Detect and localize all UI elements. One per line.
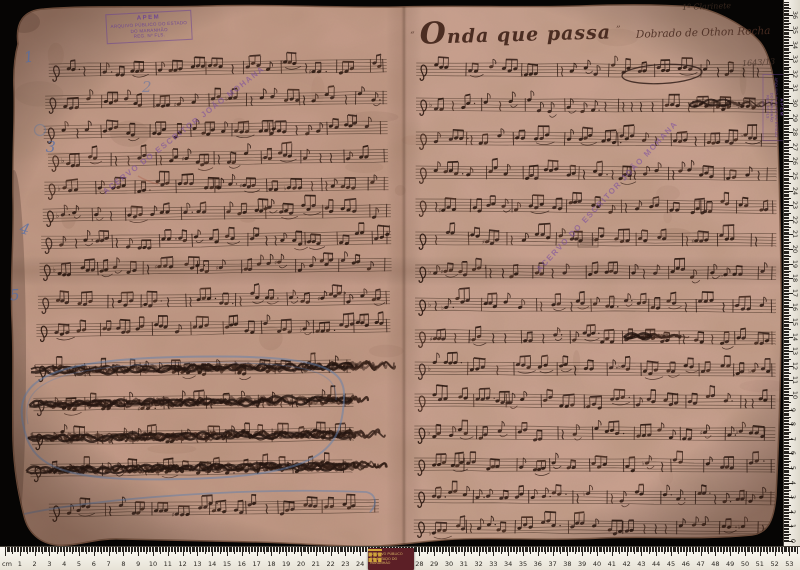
ruler-tick [784, 137, 789, 138]
ruler-tick [784, 404, 789, 405]
ruler-tick [784, 72, 789, 73]
ruler-tick [784, 294, 789, 295]
ruler-tick [784, 23, 791, 24]
ruler-tick [784, 157, 789, 158]
margin-number: 5 [9, 286, 20, 305]
cm-number: 13 [193, 560, 201, 568]
ruler-tick [784, 487, 789, 488]
ruler-tick [784, 102, 789, 103]
ruler-tick [784, 160, 789, 161]
ruler-tick [784, 214, 789, 215]
ruler-tick [784, 140, 791, 141]
ruler-tick [784, 475, 791, 476]
ruler-tick [784, 398, 789, 399]
ruler-tick [784, 43, 789, 44]
ruler-tick [784, 516, 789, 517]
ruler-tick [784, 538, 789, 539]
ruler-tick [784, 421, 789, 422]
ruler-tick [784, 33, 789, 34]
ruler-tick [784, 455, 789, 456]
ruler-tick [784, 414, 789, 415]
ruler-tick [784, 232, 789, 233]
ruler-tick [784, 11, 789, 12]
ruler-tick [784, 382, 789, 383]
ruler-tick [784, 271, 791, 272]
ruler-tick [784, 503, 789, 504]
cm-number: 19 [282, 560, 290, 568]
cm-number: 36 [791, 11, 799, 19]
ruler-tick [784, 525, 789, 526]
ruler-tick [784, 496, 789, 497]
ruler-tick [784, 272, 789, 273]
ruler-tick [784, 275, 789, 276]
ruler-tick [784, 388, 791, 389]
ruler-tick [784, 123, 789, 124]
ruler-tick [784, 201, 789, 202]
ruler-tick [784, 189, 789, 190]
ruler-tick [784, 240, 789, 241]
ruler-tick [784, 427, 789, 428]
ruler-tick [784, 399, 789, 400]
cm-number: 9 [136, 560, 140, 568]
ruler-tick [784, 159, 789, 160]
cm-number: 16 [791, 303, 799, 311]
ruler-tick [784, 524, 789, 525]
ruler-tick [784, 389, 789, 390]
ruler-tick [784, 451, 789, 452]
ruler-tick [784, 135, 789, 136]
ruler-tick [784, 49, 789, 50]
ruler-tick [784, 426, 789, 427]
ruler-tick [784, 378, 789, 379]
ruler-tick [784, 56, 789, 57]
cm-number: 24 [791, 186, 799, 194]
cm-number: 30 [791, 99, 799, 107]
ruler-tick [784, 357, 789, 358]
ruler-tick [784, 64, 789, 65]
cm-number: 6 [789, 451, 797, 455]
ruler-tick [784, 186, 789, 187]
ruler-tick [784, 246, 789, 247]
ruler-tick [784, 267, 789, 268]
ruler-tick [784, 251, 789, 252]
ruler-tick [784, 484, 789, 485]
ruler-tick [784, 178, 789, 179]
cm-number: 3 [47, 560, 51, 568]
cm-number: 2 [33, 560, 37, 568]
ruler-tick [784, 106, 789, 107]
ruler-tick [784, 248, 789, 249]
cm-number: 29 [430, 560, 438, 568]
scanned-manuscript-photo: ♯♯♭♯♭♭♭♯♭♭♯♭♭♯♭♯♯♭♯♭♯♭♭♯♯♯♯♭♯♭♯♯♭♭♯♯♭♯♯♭… [0, 0, 800, 570]
ruler-tick [784, 334, 789, 335]
ruler-tick [784, 356, 789, 357]
margin-number: 2 [142, 78, 152, 96]
cm-number: 42 [622, 560, 630, 568]
ruler-tick [784, 364, 789, 365]
ruler-tick [784, 198, 791, 199]
ruler-tick [784, 131, 789, 132]
ruler-tick [784, 353, 789, 354]
ruler-tick [784, 258, 789, 259]
ruler-tick [784, 84, 789, 85]
ruler-tick [784, 115, 789, 116]
ruler-tick [784, 363, 789, 364]
ruler-tick [784, 36, 789, 37]
cm-number: 12 [178, 560, 186, 568]
cm-number: 20 [297, 560, 305, 568]
cm-number: 41 [608, 560, 616, 568]
cm-number: 13 [791, 347, 799, 355]
scan-vignette [0, 0, 800, 570]
ruler-tick [784, 472, 789, 473]
ruler-tick [784, 528, 789, 529]
ruler-tick [784, 109, 789, 110]
ruler-tick [784, 185, 789, 186]
ruler-tick [784, 166, 789, 167]
ruler-tick [784, 373, 791, 374]
ruler-tick [784, 361, 789, 362]
ruler-tick [784, 411, 789, 412]
ruler-tick [784, 112, 789, 113]
ruler-tick [784, 283, 789, 284]
ruler-tick [784, 369, 789, 370]
ruler-tick [784, 128, 789, 129]
ruler-tick [784, 52, 791, 53]
ruler-tick [784, 474, 789, 475]
ruler-tick [784, 134, 789, 135]
ruler-tick [784, 340, 789, 341]
cm-number: 8 [121, 560, 125, 568]
ruler-tick [784, 341, 789, 342]
ruler-tick [784, 318, 789, 319]
ruler-tick [784, 192, 789, 193]
ruler-tick [784, 462, 789, 463]
ruler-tick [784, 418, 789, 419]
ruler-tick [784, 386, 789, 387]
ruler-tick [784, 280, 789, 281]
ruler-tick [784, 502, 789, 503]
ruler-tick [784, 42, 789, 43]
ruler-tick [784, 105, 789, 106]
ruler-tick [784, 513, 789, 514]
ruler-tick [784, 17, 789, 18]
ruler-tick [784, 65, 789, 66]
ruler-tick [784, 376, 789, 377]
ruler-tick [784, 284, 789, 285]
ruler-tick [784, 245, 789, 246]
cm-number: 34 [504, 560, 512, 568]
ruler-tick [784, 50, 789, 51]
ruler-tick [784, 204, 789, 205]
ruler-tick [784, 445, 789, 446]
corner-annotation: 1º Clarinete [682, 1, 731, 12]
cm-number: 18 [267, 560, 275, 568]
ruler-tick [784, 515, 789, 516]
cm-number: 22 [326, 560, 334, 568]
ruler-tick [784, 338, 789, 339]
ruler-tick [784, 83, 789, 84]
title-suffix-mark: ” [616, 25, 621, 35]
ruler-tick [784, 265, 789, 266]
ruler-tick [784, 354, 789, 355]
ruler-tick [784, 40, 789, 41]
cm-number: 38 [563, 560, 571, 568]
ruler-tick [784, 405, 789, 406]
cm-number: 33 [791, 55, 799, 63]
cm-number: 1 [789, 524, 797, 528]
ruler-tick [784, 407, 789, 408]
ruler-tick [784, 4, 789, 5]
ruler-tick [784, 446, 791, 447]
ruler-tick [784, 348, 789, 349]
ruler-tick [784, 121, 789, 122]
cm-number: 3 [789, 495, 797, 499]
ruler-tick [784, 529, 789, 530]
ruler-tick [784, 342, 789, 343]
ruler-tick [784, 324, 789, 325]
ruler-tick [784, 367, 789, 368]
ruler-tick [784, 113, 789, 114]
ruler-tick [784, 274, 789, 275]
ruler-tick [784, 452, 789, 453]
cm-number: 36 [534, 560, 542, 568]
ruler-tick [784, 32, 789, 33]
ruler-tick [784, 71, 789, 72]
cm-number: 28 [415, 560, 423, 568]
ruler-tick [784, 345, 789, 346]
ruler-tick [784, 303, 789, 304]
ruler-tick [784, 221, 789, 222]
ruler-tick [784, 302, 789, 303]
ruler-tick [784, 138, 789, 139]
ruler-tick [784, 141, 789, 142]
cm-number: 5 [789, 466, 797, 470]
ruler-tick [784, 39, 789, 40]
stamp-line: ARQUIVO PÚBLICO DO ESTADO [774, 77, 778, 138]
cm-number: 47 [696, 560, 704, 568]
ruler-tick [784, 62, 789, 63]
ruler-tick [784, 413, 789, 414]
ruler-tick [784, 509, 789, 510]
ruler-tick [784, 402, 791, 403]
ruler-tick [784, 169, 791, 170]
ruler-tick [784, 53, 789, 54]
ruler-tick [784, 179, 789, 180]
ruler-tick [784, 256, 791, 257]
ruler-tick [784, 126, 789, 127]
ruler-tick [784, 316, 789, 317]
ruler-tick [784, 471, 789, 472]
ruler-tick [784, 91, 789, 92]
ruler-tick [784, 433, 789, 434]
ruler-tick [784, 499, 789, 500]
cm-number: 32 [474, 560, 482, 568]
ruler-tick [784, 312, 789, 313]
ruler-tick [784, 122, 789, 123]
ruler-tick [784, 167, 789, 168]
ruler-tick [784, 432, 791, 433]
ruler-tick [784, 335, 789, 336]
ruler-tick [784, 208, 789, 209]
ruler-tick [784, 77, 789, 78]
ruler-tick [784, 309, 789, 310]
ruler-tick [784, 464, 789, 465]
cm-number: 15 [791, 318, 799, 326]
ruler-tick [784, 310, 789, 311]
ruler-tick [784, 296, 789, 297]
ruler-tick [784, 329, 791, 330]
ruler-tick [784, 196, 789, 197]
ruler-tick [784, 397, 789, 398]
cm-number: 8 [789, 422, 797, 426]
ruler-tick [784, 259, 789, 260]
ruler-tick [784, 81, 791, 82]
ruler-tick [784, 420, 789, 421]
ruler-tick [784, 510, 789, 511]
cm-number: 31 [460, 560, 468, 568]
cm-number: 39 [578, 560, 586, 568]
ruler-tick [784, 486, 789, 487]
ruler-tick [784, 145, 789, 146]
ruler-tick [784, 288, 789, 289]
ruler-tick [784, 394, 789, 395]
ruler-tick [784, 385, 789, 386]
ruler-tick [784, 521, 789, 522]
cm-number: 43 [637, 560, 645, 568]
ruler-tick [784, 5, 789, 6]
ruler-tick [784, 156, 789, 157]
ruler-tick [784, 281, 789, 282]
cm-number: 33 [489, 560, 497, 568]
ruler-tick [784, 255, 789, 256]
ruler-tick [784, 55, 789, 56]
ruler-tick [784, 429, 789, 430]
ruler-tick [784, 13, 789, 14]
ruler-tick [784, 211, 789, 212]
title-prefix-mark: “ [410, 31, 415, 41]
ruler-tick [784, 379, 789, 380]
ruler-tick [784, 519, 791, 520]
ruler-tick [784, 321, 789, 322]
ruler-tick [784, 300, 791, 301]
cm-number: 10 [149, 560, 157, 568]
ruler-tick [784, 459, 789, 460]
ruler-tick [784, 477, 789, 478]
ruler-tick [784, 48, 789, 49]
ruler-tick [784, 437, 789, 438]
ruler-tick [784, 467, 789, 468]
ruler-tick [784, 163, 789, 164]
ruler-tick [784, 344, 791, 345]
ruler-tick [784, 20, 789, 21]
ruler-tick [784, 182, 789, 183]
ruler-tick [784, 86, 789, 87]
ruler-tick [784, 67, 791, 68]
ruler-tick [784, 150, 789, 151]
manuscript-scan-canvas: ♯♯♭♯♭♭♭♯♭♭♯♭♭♯♭♯♯♭♯♭♯♭♭♯♯♯♯♭♯♭♯♯♭♭♯♯♭♯♯♭… [0, 0, 800, 570]
vertical-ruler-cm: 0123456789101112131415161718192021222324… [783, 0, 800, 546]
ruler-unit-label: cm [2, 560, 12, 568]
ruler-tick [784, 148, 789, 149]
cm-number: 5 [77, 560, 81, 568]
cm-number: 35 [519, 560, 527, 568]
cm-number: 22 [791, 216, 799, 224]
cm-number: 6 [92, 560, 96, 568]
ruler-tick [784, 100, 789, 101]
cm-number: 46 [682, 560, 690, 568]
ruler-tick [784, 448, 789, 449]
ruler-tick [784, 383, 789, 384]
ruler-tick [784, 417, 791, 418]
ruler-tick [784, 94, 789, 95]
ruler-tick [784, 458, 789, 459]
piece-subtitle: Dobrado de Othon Rocha [636, 25, 771, 41]
ruler-tick [784, 10, 789, 11]
ruler-tick [784, 164, 789, 165]
ruler-tick [784, 215, 789, 216]
ruler-tick [784, 440, 789, 441]
ruler-tick [784, 319, 789, 320]
ruler-tick [784, 227, 791, 228]
ruler-tick [784, 537, 789, 538]
ruler-tick [784, 332, 789, 333]
ruler-tick [784, 540, 789, 541]
ruler-tick [784, 423, 789, 424]
cm-number: 23 [341, 560, 349, 568]
ruler-tick [784, 531, 789, 532]
ruler-tick [784, 434, 789, 435]
cm-number: 2 [789, 510, 797, 514]
ruler-tick [784, 116, 789, 117]
cm-number: 20 [791, 245, 799, 253]
ruler-tick [784, 80, 789, 81]
ruler-tick [784, 480, 789, 481]
ruler-tick [784, 24, 789, 25]
ruler-tick [797, 547, 798, 554]
ruler-tick [784, 233, 789, 234]
ruler-tick [784, 173, 789, 174]
ruler-tick [784, 297, 789, 298]
ruler-tick [784, 107, 789, 108]
cm-number: 15 [223, 560, 231, 568]
cm-number: 32 [791, 70, 799, 78]
ruler-tick [784, 305, 789, 306]
cm-number: 53 [785, 560, 793, 568]
ruler-tick [784, 78, 789, 79]
ruler-tick [784, 408, 789, 409]
ruler-tick [784, 37, 791, 38]
ruler-tick [784, 456, 789, 457]
ruler-tick [784, 287, 789, 288]
cm-number: 52 [770, 560, 778, 568]
cm-number: 11 [791, 376, 799, 384]
ruler-tick [784, 119, 789, 120]
ruler-tick [784, 125, 791, 126]
ruler-tick [784, 291, 789, 292]
cm-number: 26 [791, 157, 799, 165]
ruler-tick [784, 507, 789, 508]
ruler-tick [784, 110, 791, 111]
cm-number: 17 [791, 289, 799, 297]
ruler-tick [784, 391, 789, 392]
ruler-tick [784, 347, 789, 348]
ruler-tick [784, 2, 789, 3]
ruler-tick [784, 218, 789, 219]
ruler-tick [784, 522, 789, 523]
ruler-tick [784, 490, 791, 491]
cm-number: 45 [667, 560, 675, 568]
